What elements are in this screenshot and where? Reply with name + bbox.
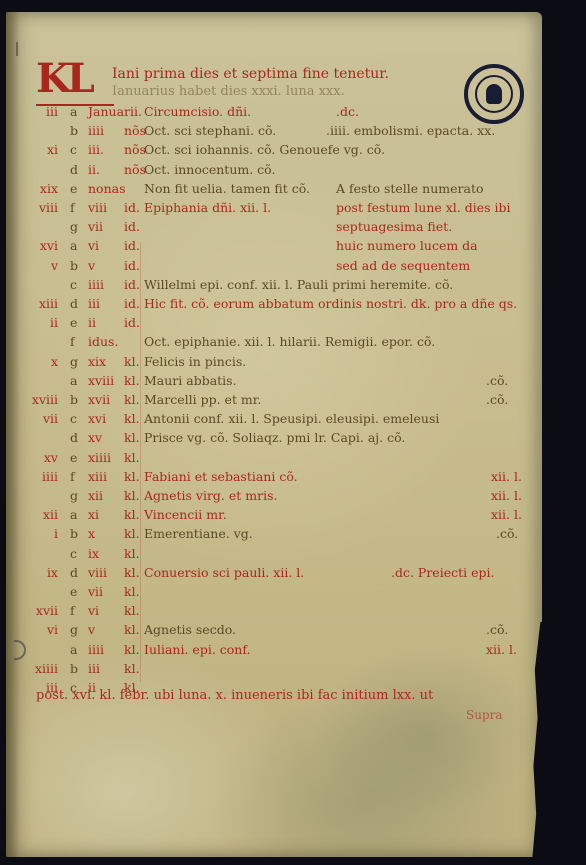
term-abbrev: kl. <box>124 601 146 621</box>
day-count: xi <box>88 505 128 525</box>
day-count: vi <box>88 236 128 256</box>
term-abbrev: kl. <box>124 640 146 660</box>
term-abbrev: id. <box>124 236 146 256</box>
term-abbrev: kl. <box>124 428 146 448</box>
kl-initial: KL <box>36 56 114 106</box>
dominical-letter: b <box>70 524 86 544</box>
margin-mark <box>14 640 26 660</box>
day-count: xii <box>88 486 128 506</box>
term-abbrev: kl. <box>124 544 146 564</box>
day-count: xiiii <box>88 448 128 468</box>
golden-number: xi <box>28 140 58 160</box>
feast-note: .dc. <box>336 102 359 122</box>
feast-text: Vincencii mr. <box>144 505 227 525</box>
term-abbrev: kl. <box>124 505 146 525</box>
dominical-letter: e <box>70 582 86 602</box>
golden-number: xix <box>28 179 58 199</box>
dominical-letter: f <box>70 601 86 621</box>
day-count: Januarii. <box>88 102 128 122</box>
golden-number: xviii <box>28 390 58 410</box>
feast-text: Mauri abbatis. <box>144 371 237 391</box>
dominical-letter: g <box>70 620 86 640</box>
feast-note: .cõ. <box>486 620 508 640</box>
golden-number: v <box>28 256 58 276</box>
dominical-letter: b <box>70 390 86 410</box>
dominical-letter: a <box>70 640 86 660</box>
feast-text: Hic fit. cõ. eorum abbatum ordinis nostr… <box>144 294 517 314</box>
dominical-letter: e <box>70 448 86 468</box>
footer-note-2: Supra <box>466 708 503 722</box>
term-abbrev: kl. <box>124 371 146 391</box>
term-abbrev: kl. <box>124 448 146 468</box>
dominical-letter: c <box>70 409 86 429</box>
day-count: xiii <box>88 467 128 487</box>
golden-number: xiii <box>28 294 58 314</box>
dominical-letter: c <box>70 275 86 295</box>
day-count: iiii <box>88 275 128 295</box>
term-abbrev: id. <box>124 313 146 333</box>
heading-verse: Iani prima dies et septima fine tenetur. <box>112 66 389 82</box>
binding-thread <box>16 42 18 56</box>
library-stamp-icon <box>464 64 524 124</box>
dominical-letter: a <box>70 505 86 525</box>
term-abbrev: kl. <box>124 352 146 372</box>
dominical-letter: g <box>70 217 86 237</box>
dominical-letter: b <box>70 121 86 141</box>
term-abbrev: id. <box>124 217 146 237</box>
dominical-letter: d <box>70 428 86 448</box>
feast-text: Oct. sci stephani. cõ. <box>144 121 276 141</box>
dominical-letter: a <box>70 102 86 122</box>
dominical-letter: d <box>70 160 86 180</box>
golden-number: xv <box>28 448 58 468</box>
day-count: x <box>88 524 128 544</box>
feast-text: Agnetis virg. et mris. <box>144 486 277 506</box>
day-count: xv <box>88 428 128 448</box>
feast-text: Fabiani et sebastiani cõ. <box>144 467 298 487</box>
feast-text: Prisce vg. cõ. Soliaqz. pmi lr. Capi. aj… <box>144 428 405 448</box>
day-count: iii. <box>88 140 128 160</box>
golden-number: xvi <box>28 236 58 256</box>
feast-note: .iiii. embolismi. epacta. xx. <box>326 121 495 141</box>
dominical-letter: d <box>70 563 86 583</box>
initial-text: KL <box>36 56 91 102</box>
day-count: nonas <box>88 179 128 199</box>
day-count: viii <box>88 198 128 218</box>
dominical-letter: f <box>70 467 86 487</box>
torn-edge <box>532 622 546 862</box>
feast-note: .dc. Preiecti epi. <box>391 563 494 583</box>
day-count: ix <box>88 544 128 564</box>
dominical-letter: a <box>70 371 86 391</box>
heading-month-info: Ianuarius habet dies xxxi. luna xxx. <box>112 84 345 99</box>
term-abbrev: kl. <box>124 467 146 487</box>
day-count: iii <box>88 659 128 679</box>
feast-text: Agnetis secdo. <box>144 620 236 640</box>
term-abbrev: id. <box>124 294 146 314</box>
feast-note: septuagesima fiet. <box>336 217 452 237</box>
feast-text: Emerentiane. vg. <box>144 524 253 544</box>
feast-text: Felicis in pincis. <box>144 352 246 372</box>
feast-text: Willelmi epi. conf. xii. l. Pauli primi … <box>144 275 453 295</box>
term-abbrev: kl. <box>124 524 146 544</box>
dominical-letter: b <box>70 256 86 276</box>
golden-number: iiii <box>28 467 58 487</box>
golden-number: xvii <box>28 601 58 621</box>
term-abbrev: kl. <box>124 620 146 640</box>
feast-note: xii. l. <box>486 640 517 660</box>
day-count: ii. <box>88 160 128 180</box>
golden-number: vii <box>28 409 58 429</box>
golden-number: x <box>28 352 58 372</box>
dominical-letter: e <box>70 313 86 333</box>
day-count: xvi <box>88 409 128 429</box>
golden-number: iii <box>28 102 58 122</box>
feast-note: xii. l. <box>491 505 522 525</box>
term-abbrev: kl. <box>124 390 146 410</box>
manuscript-page: KL Iani prima dies et septima fine tenet… <box>6 12 542 857</box>
dominical-letter: e <box>70 179 86 199</box>
day-count: vi <box>88 601 128 621</box>
feast-note: huic numero lucem da <box>336 236 478 256</box>
term-abbrev: kl. <box>124 409 146 429</box>
dominical-letter: d <box>70 294 86 314</box>
feast-note: xii. l. <box>491 467 522 487</box>
feast-note: sed ad de sequentem <box>336 256 470 276</box>
golden-number: i <box>28 524 58 544</box>
feast-note: post festum lune xl. dies ibi <box>336 198 511 218</box>
feast-note: A festo stelle numerato <box>336 179 484 199</box>
day-count: iiii <box>88 640 128 660</box>
term-abbrev: nõs <box>124 140 146 160</box>
feast-text: Oct. epiphanie. xii. l. hilarii. Remigii… <box>144 332 435 352</box>
feast-text: Oct. sci iohannis. cõ. Genouefe vg. cõ. <box>144 140 385 160</box>
golden-number: ix <box>28 563 58 583</box>
feast-text: Conuersio sci pauli. xii. l. <box>144 563 304 583</box>
term-abbrev: kl. <box>124 486 146 506</box>
day-count: xvii <box>88 390 128 410</box>
day-count: ii <box>88 313 128 333</box>
day-count: vii <box>88 217 128 237</box>
feast-note: .cõ. <box>496 524 518 544</box>
dominical-letter: g <box>70 352 86 372</box>
day-count: v <box>88 620 128 640</box>
golden-number: ii <box>28 313 58 333</box>
term-abbrev: id. <box>124 275 146 295</box>
day-count: viii <box>88 563 128 583</box>
feast-text: Non fit uelia. tamen fit cõ. <box>144 179 310 199</box>
term-abbrev: nõs <box>124 121 146 141</box>
term-abbrev: id. <box>124 256 146 276</box>
term-abbrev: kl. <box>124 563 146 583</box>
dominical-letter: f <box>70 332 86 352</box>
dominical-letter: g <box>70 486 86 506</box>
day-count: v <box>88 256 128 276</box>
golden-number: vi <box>28 620 58 640</box>
feast-note: .cõ. <box>486 371 508 391</box>
feast-text: Epiphania dñi. xii. l. <box>144 198 271 218</box>
dominical-letter: c <box>70 140 86 160</box>
feast-text: Circumcisio. dñi. <box>144 102 251 122</box>
golden-number: xii <box>28 505 58 525</box>
term-abbrev: nõs <box>124 160 146 180</box>
dominical-letter: a <box>70 236 86 256</box>
golden-number: viii <box>28 198 58 218</box>
feast-note: xii. l. <box>491 486 522 506</box>
feast-text: Marcelli pp. et mr. <box>144 390 261 410</box>
dominical-letter: b <box>70 659 86 679</box>
term-abbrev: kl. <box>124 659 146 679</box>
day-count: xix <box>88 352 128 372</box>
feast-text: Oct. innocentum. cõ. <box>144 160 275 180</box>
term-abbrev: kl. <box>124 582 146 602</box>
term-abbrev: id. <box>124 198 146 218</box>
golden-number: xiiii <box>28 659 58 679</box>
footer-note: post. xvi. kl. febr. ubi luna. x. inuene… <box>36 688 433 703</box>
day-count: vii <box>88 582 128 602</box>
dominical-letter: f <box>70 198 86 218</box>
feast-text: Iuliani. epi. conf. <box>144 640 251 660</box>
feast-text: Antonii conf. xii. l. Speusipi. eleusipi… <box>144 409 439 429</box>
day-count: iiii <box>88 121 128 141</box>
dominical-letter: c <box>70 544 86 564</box>
feast-note: .cõ. <box>486 390 508 410</box>
day-count: iii <box>88 294 128 314</box>
day-count: idus. <box>88 332 128 352</box>
day-count: xviii <box>88 371 128 391</box>
